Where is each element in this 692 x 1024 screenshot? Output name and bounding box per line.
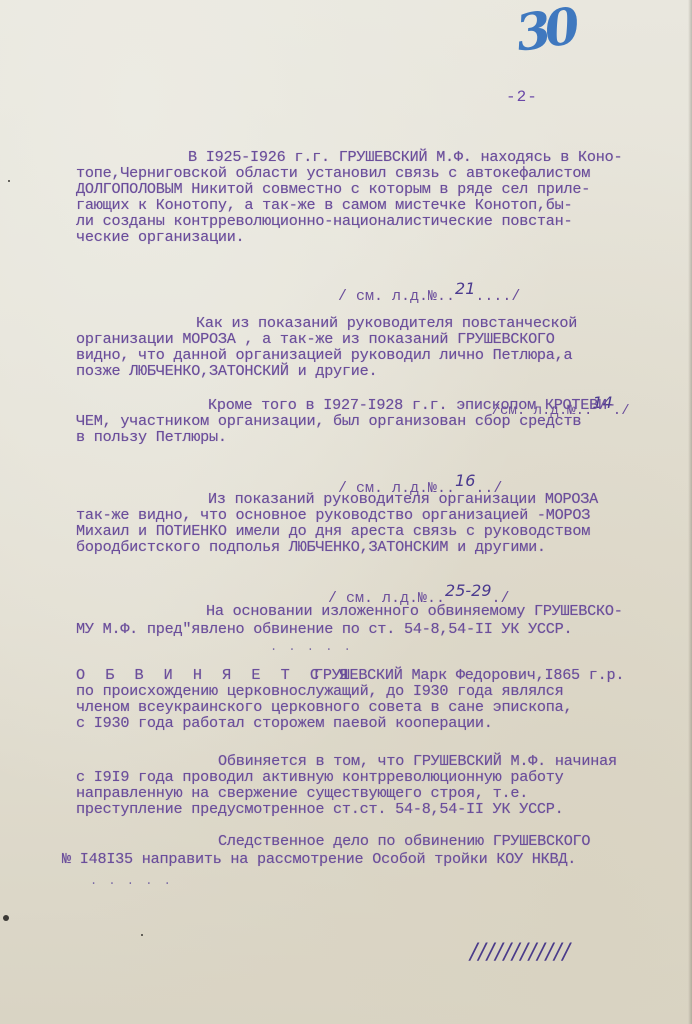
closing-slash-marks: //////////// <box>470 940 571 965</box>
paragraph-5-line-1: На основании изложенного обвиняемому ГРУ… <box>206 604 623 619</box>
paragraph-3-line-2: ЧЕМ, участником организации, был организ… <box>76 414 581 429</box>
paragraph-1-line-1: В I925-I926 г.г. ГРУШЕВСКИЙ М.Ф. находяс… <box>188 150 622 165</box>
paragraph-3-line-1: Кроме того в I927-I928 г.г. эпископом КР… <box>208 398 616 413</box>
paragraph-7-line-2: с I9I9 года проводил активную контрревол… <box>76 770 564 785</box>
paragraph-2-line-1: Как из показаний руководителя повстанчес… <box>196 316 577 331</box>
paper-speck <box>8 180 10 182</box>
paragraph-1-line-3: ДОЛГОПОЛОВЫМ Никитой совместно с которым… <box>76 182 590 197</box>
folio-number-handwritten: 30 <box>512 0 577 63</box>
paragraph-6-line-2: по происхождению церковнослужащий, до I9… <box>76 684 564 699</box>
typewriter-dots: . . . . . <box>90 874 173 888</box>
paragraph-2-line-3: видно, что данной организацией руководил… <box>76 348 572 363</box>
handwritten-page-number: 21 <box>455 279 475 298</box>
charge-heading: О Б В И Н Я Е Т С Я <box>76 668 354 683</box>
typewriter-dots: . . . . . <box>270 640 353 654</box>
paper-speck <box>3 915 9 921</box>
paragraph-7-line-4: преступление предусмотренное ст.ст. 54-8… <box>76 802 564 817</box>
page-number: -2- <box>506 88 538 106</box>
paragraph-8-line-1: Следственное дело по обвинению ГРУШЕВСКО… <box>218 834 590 849</box>
paragraph-2-line-4: позже ЛЮБЧЕНКО,ЗАТОНСКИЙ и другие. <box>76 364 377 379</box>
reference-suffix: ..../ <box>475 288 520 305</box>
paragraph-1-line-4: гающих к Конотопу, а так-же в самом мист… <box>76 198 572 213</box>
paragraph-7-line-3: направленную на свержение существующего … <box>76 786 528 801</box>
paragraph-3-line-3: в пользу Петлюры. <box>76 430 227 445</box>
paragraph-1-line-6: ческие организации. <box>76 230 244 245</box>
paper-speck <box>141 934 143 936</box>
paragraph-7-line-1: Обвиняется в том, что ГРУШЕВСКИЙ М.Ф. на… <box>218 754 617 769</box>
paragraph-4-line-3: Михаил и ПОТИЕНКО имели до дня ареста св… <box>76 524 590 539</box>
archival-document-page: 30 -2- В I925-I926 г.г. ГРУШЕВСКИЙ М.Ф. … <box>0 0 692 1024</box>
paragraph-6-line-3: членом всеукраинского церковного совета … <box>76 700 572 715</box>
paragraph-2-line-2: организации МОРОЗА , а так-же из показан… <box>76 332 555 347</box>
paragraph-8-line-2: № I48I35 направить на рассмотрение Особо… <box>62 852 576 867</box>
reference-prefix: / см. л.д.№.. <box>338 288 455 305</box>
paragraph-6-line-4: с I930 года работал сторожем паевой кооп… <box>76 716 493 731</box>
handwritten-page-number: 16 <box>455 471 475 490</box>
paragraph-4-line-1: Из показаний руководителя организации МО… <box>208 492 598 507</box>
paragraph-5-line-2: МУ М.Ф. пред"явлено обвинение по ст. 54-… <box>76 622 572 637</box>
paragraph-4-line-2: так-же видно, что основное руководство о… <box>76 508 590 523</box>
paragraph-6-line-1: ГРУШЕВСКИЙ Марк Федорович,I865 г.р. <box>314 668 624 683</box>
handwritten-page-number: 25-29 <box>445 581 492 600</box>
paragraph-4-line-4: бородбистского подполья ЛЮБЧЕНКО,ЗАТОНСК… <box>76 540 546 555</box>
paper-edge <box>688 0 692 1024</box>
paragraph-1-line-5: ли созданы контрреволюционно-националист… <box>76 214 572 229</box>
paragraph-1-line-2: топе,Черниговской области установил связ… <box>76 166 590 181</box>
